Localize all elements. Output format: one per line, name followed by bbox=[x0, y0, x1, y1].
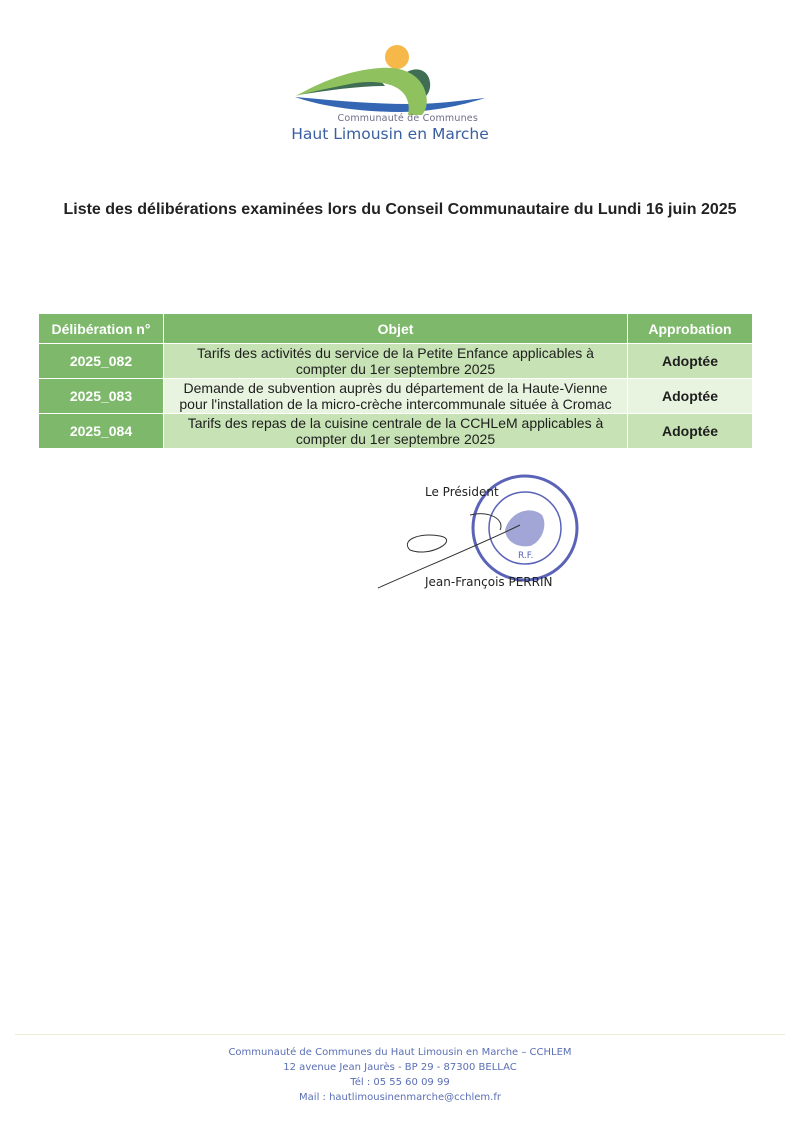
table-row: 2025_083 Demande de subvention auprès du… bbox=[39, 379, 753, 414]
signatory-name: Jean-François PERRIN bbox=[425, 575, 552, 589]
deliberations-table: Délibération n° Objet Approbation 2025_0… bbox=[38, 313, 753, 449]
footer-divider bbox=[15, 1034, 785, 1035]
footer-contact: Communauté de Communes du Haut Limousin … bbox=[100, 1045, 700, 1105]
column-header-number: Délibération n° bbox=[39, 314, 164, 344]
signature-block: R.F. Le Président Jean-François PERRIN bbox=[370, 470, 610, 600]
organization-logo: Communauté de Communes Haut Limousin en … bbox=[290, 40, 490, 150]
svg-text:R.F.: R.F. bbox=[518, 551, 533, 561]
table-row: 2025_082 Tarifs des activités du service… bbox=[39, 344, 753, 379]
logo-subtitle: Communauté de Communes bbox=[290, 113, 490, 124]
column-header-objet: Objet bbox=[164, 314, 628, 344]
deliberation-objet: Tarifs des activités du service de la Pe… bbox=[164, 344, 628, 379]
footer-email: Mail : hautlimousinenmarche@cchlem.fr bbox=[100, 1090, 700, 1105]
deliberation-status: Adoptée bbox=[628, 414, 753, 449]
logo-emblem-icon bbox=[290, 40, 490, 115]
deliberation-status: Adoptée bbox=[628, 344, 753, 379]
deliberation-number: 2025_084 bbox=[39, 414, 164, 449]
deliberation-objet: Demande de subvention auprès du départem… bbox=[164, 379, 628, 414]
footer-organization: Communauté de Communes du Haut Limousin … bbox=[100, 1045, 700, 1060]
column-header-approbation: Approbation bbox=[628, 314, 753, 344]
table-row: 2025_084 Tarifs des repas de la cuisine … bbox=[39, 414, 753, 449]
signatory-role: Le Président bbox=[425, 485, 499, 499]
deliberation-number: 2025_082 bbox=[39, 344, 164, 379]
deliberation-number: 2025_083 bbox=[39, 379, 164, 414]
footer-address: 12 avenue Jean Jaurès - BP 29 - 87300 BE… bbox=[100, 1060, 700, 1075]
logo-name: Haut Limousin en Marche bbox=[290, 125, 490, 143]
footer-phone: Tél : 05 55 60 09 99 bbox=[100, 1075, 700, 1090]
deliberation-objet: Tarifs des repas de la cuisine centrale … bbox=[164, 414, 628, 449]
document-title: Liste des délibérations examinées lors d… bbox=[60, 200, 740, 220]
table-header-row: Délibération n° Objet Approbation bbox=[39, 314, 753, 344]
deliberation-status: Adoptée bbox=[628, 379, 753, 414]
